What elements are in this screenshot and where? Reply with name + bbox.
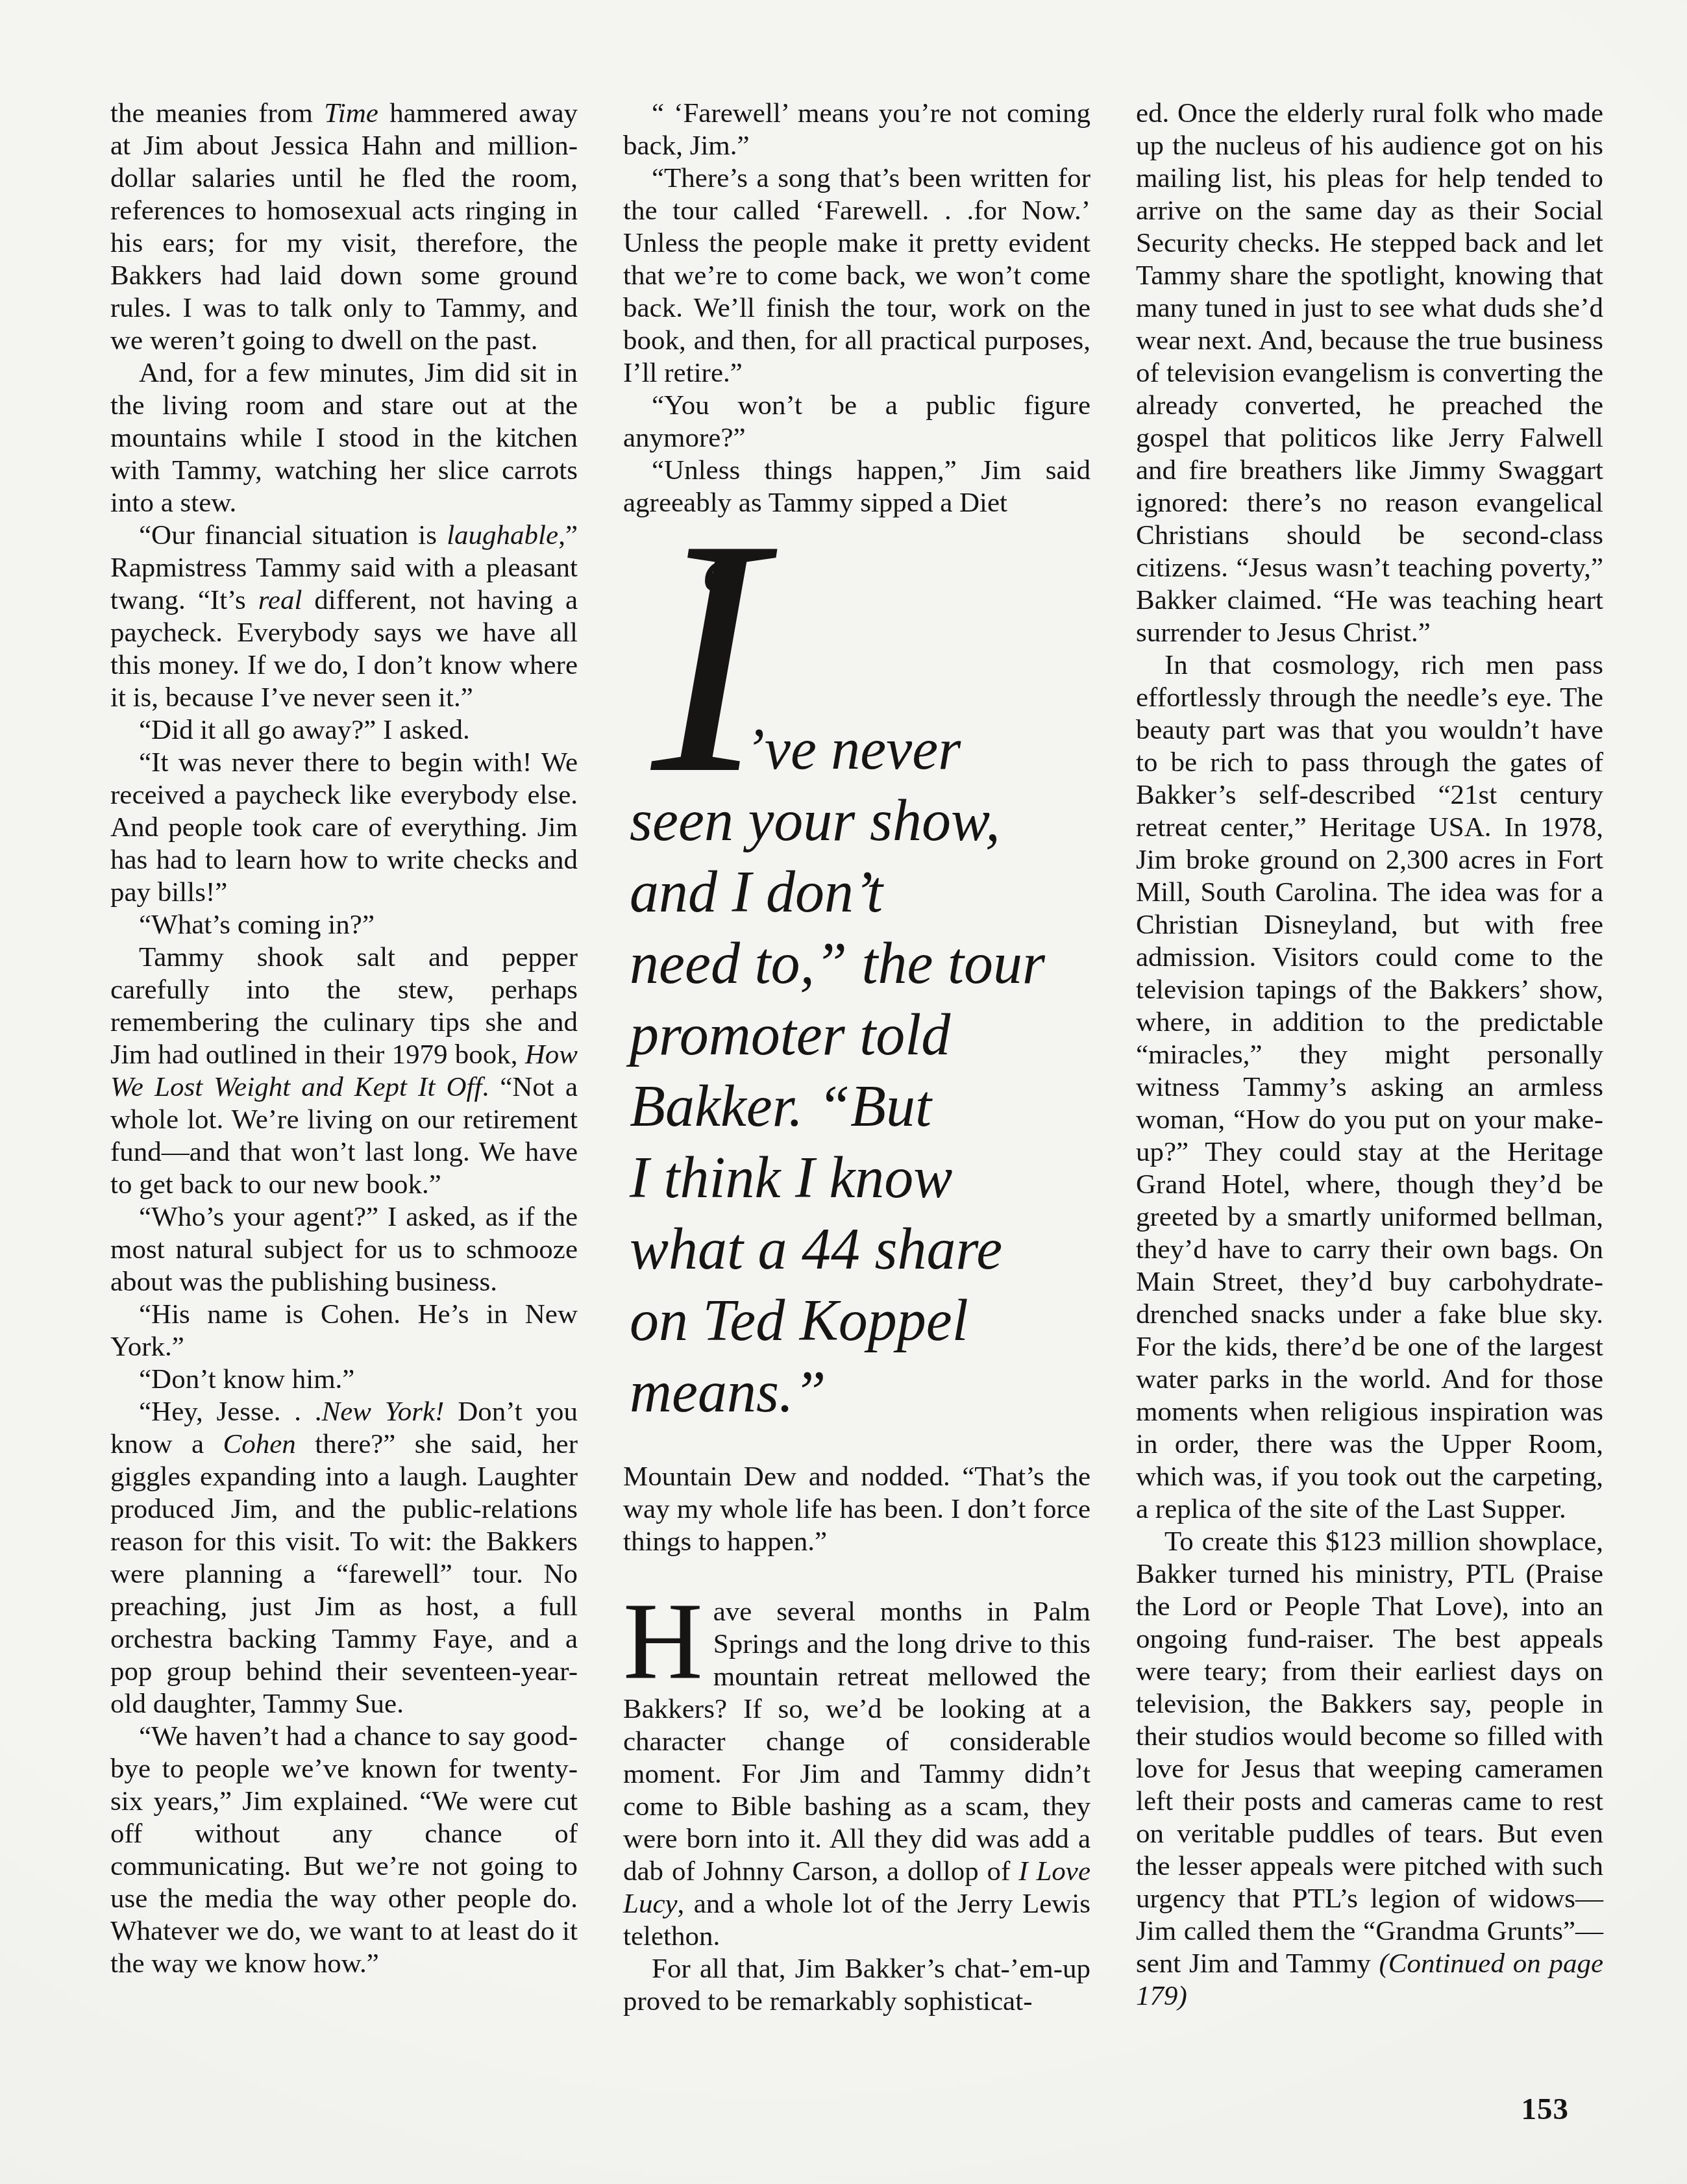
dropcap-paragraph: Have several months in Palm Springs and …: [623, 1596, 1090, 1953]
paragraph: “Who’s your agent?” I asked, as if the m…: [110, 1201, 578, 1298]
paragraph: “Hey, Jesse. . .New York! Don’t you know…: [110, 1396, 578, 1720]
pull-quote-line: Bakker. “But: [630, 1071, 1090, 1143]
italic-text: Cohen: [223, 1429, 296, 1459]
paragraph: “It was never there to begin with! We re…: [110, 747, 578, 909]
column-2: “ ‘Farewell’ means you’re not coming bac…: [623, 97, 1090, 2018]
pull-quote-line: what a 44 share: [630, 1214, 1090, 1285]
paragraph: “We haven’t had a chance to say good-bye…: [110, 1720, 578, 1980]
paragraph: “ ‘Farewell’ means you’re not coming bac…: [623, 97, 1090, 162]
column-3: ed. Once the elderly rural folk who made…: [1136, 97, 1603, 2018]
pull-quote-line: need to,” the tour: [630, 928, 1090, 1000]
italic-text: laughable: [447, 520, 558, 551]
paragraph: ed. Once the elderly rural folk who made…: [1136, 97, 1603, 649]
pull-quote-line: promoter told: [630, 1000, 1090, 1071]
paragraph: “There’s a song that’s been written for …: [623, 162, 1090, 390]
pull-quote: ‘I’ve neverseen your show,and I don’tnee…: [623, 553, 1090, 1428]
magazine-page: the meanies from Time hammered away at J…: [0, 0, 1687, 2184]
paragraph: Mountain Dew and nodded. “That’s the way…: [623, 1461, 1090, 1558]
column-1: the meanies from Time hammered away at J…: [110, 97, 578, 2018]
italic-text: New York!: [322, 1396, 445, 1427]
italic-text: How We Lost Weight and Kept It Off: [110, 1039, 578, 1102]
paragraph: To create this $123 million showplace, B…: [1136, 1526, 1603, 2013]
paragraph: In that cosmology, rich men pass effortl…: [1136, 649, 1603, 1526]
paragraph: “Our financial situation is laughable,” …: [110, 519, 578, 714]
paragraph: “His name is Cohen. He’s in New York.”: [110, 1298, 578, 1363]
pull-quote-initial: I: [652, 488, 764, 826]
paragraph: “Did it all go away?” I asked.: [110, 714, 578, 747]
italic-text: real: [258, 585, 302, 615]
pull-quote-line: and I don’t: [630, 857, 1090, 928]
italic-text: I Love Lucy: [623, 1856, 1090, 1919]
paragraph: “Don’t know him.”: [110, 1363, 578, 1396]
pull-quote-line: on Ted Koppel: [630, 1285, 1090, 1357]
pull-quote-line: I think I know: [630, 1143, 1090, 1214]
italic-text: (Continued on page 179): [1136, 1948, 1603, 2011]
article-columns: the meanies from Time hammered away at J…: [110, 97, 1603, 2018]
paragraph: Tammy shook salt and pepper carefully in…: [110, 941, 578, 1201]
paragraph: For all that, Jim Bakker’s chat-’em-up p…: [623, 1953, 1090, 2018]
paragraph: And, for a few minutes, Jim did sit in t…: [110, 357, 578, 519]
paragraph: “You won’t be a public figure anymore?”: [623, 390, 1090, 454]
page-number: 153: [1521, 2092, 1570, 2127]
paragraph: the meanies from Time hammered away at J…: [110, 97, 578, 357]
italic-text: Time: [324, 98, 378, 129]
paragraph: “What’s coming in?”: [110, 909, 578, 941]
pull-quote-line: means.”: [630, 1357, 1090, 1428]
pull-quote-line: ’ve never: [745, 714, 1090, 786]
drop-cap: H: [623, 1596, 713, 1684]
